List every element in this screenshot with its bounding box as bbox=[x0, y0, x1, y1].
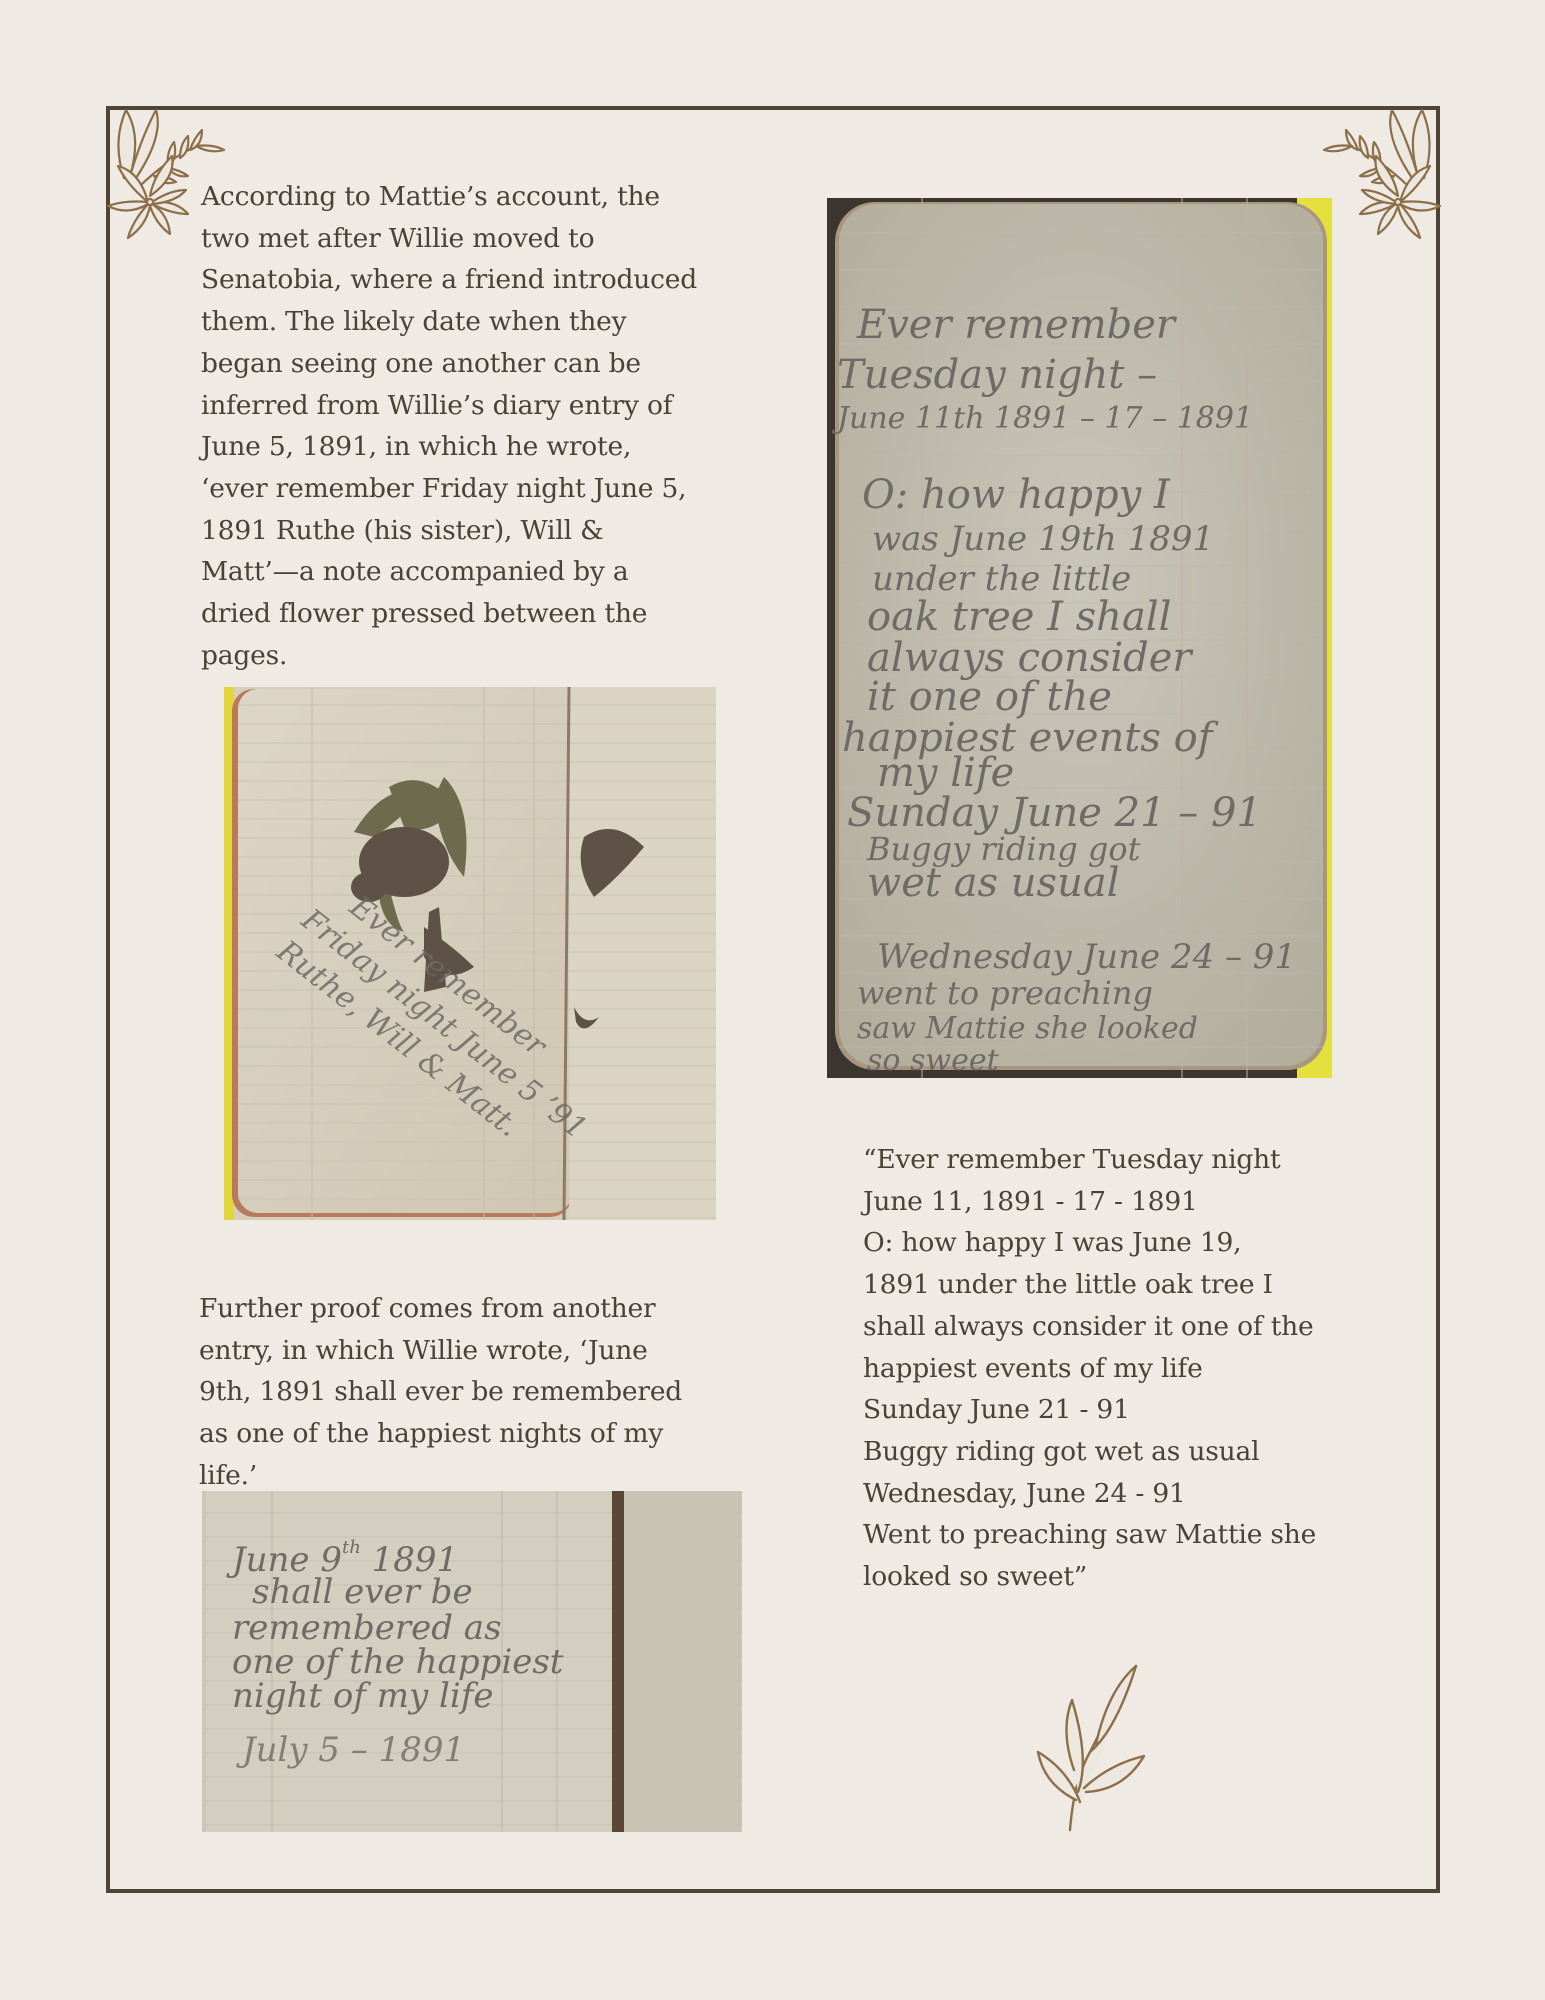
svg-text:saw Mattie she looked: saw Mattie she looked bbox=[857, 1011, 1198, 1046]
further-proof-paragraph: Further proof comes from another entry, … bbox=[199, 1288, 759, 1497]
svg-text:night of my life: night of my life bbox=[232, 1676, 493, 1716]
pressed-flower-diary-photo: Ever remember Friday night June 5 ’91 Ru… bbox=[224, 687, 716, 1220]
svg-text:went to preaching: went to preaching bbox=[857, 974, 1153, 1012]
june-11-diary-photo: Ever remember Tuesday night – June 11th … bbox=[827, 198, 1332, 1078]
svg-text:so sweet: so sweet bbox=[867, 1043, 1000, 1078]
intro-paragraph: According to Mattie’s account, the two m… bbox=[201, 176, 761, 676]
svg-text:under the little: under the little bbox=[872, 559, 1131, 599]
june-9-diary-photo: June 9th 1891 shall ever be remembered a… bbox=[202, 1491, 742, 1832]
svg-text:was June 19th 1891: was June 19th 1891 bbox=[872, 519, 1214, 559]
svg-text:June 11th 1891 – 17 – 1891: June 11th 1891 – 17 – 1891 bbox=[831, 401, 1253, 436]
svg-text:it one of the: it one of the bbox=[867, 674, 1112, 720]
svg-text:Wednesday June 24 – 91: Wednesday June 24 – 91 bbox=[877, 937, 1296, 977]
floral-corner-icon bbox=[1322, 106, 1464, 242]
svg-text:July 5 – 1891: July 5 – 1891 bbox=[236, 1730, 465, 1770]
svg-text:shall ever be: shall ever be bbox=[252, 1572, 473, 1612]
svg-text:O: how happy I: O: how happy I bbox=[862, 472, 1171, 518]
svg-text:oak tree I shall: oak tree I shall bbox=[867, 594, 1171, 640]
leaf-sprig-icon bbox=[1030, 1660, 1150, 1832]
svg-text:Tuesday night –: Tuesday night – bbox=[837, 352, 1157, 398]
svg-text:Ever remember: Ever remember bbox=[856, 302, 1178, 348]
diary-transcription: “Ever remember Tuesday night June 11, 18… bbox=[863, 1139, 1343, 1598]
svg-text:wet as usual: wet as usual bbox=[867, 860, 1119, 906]
